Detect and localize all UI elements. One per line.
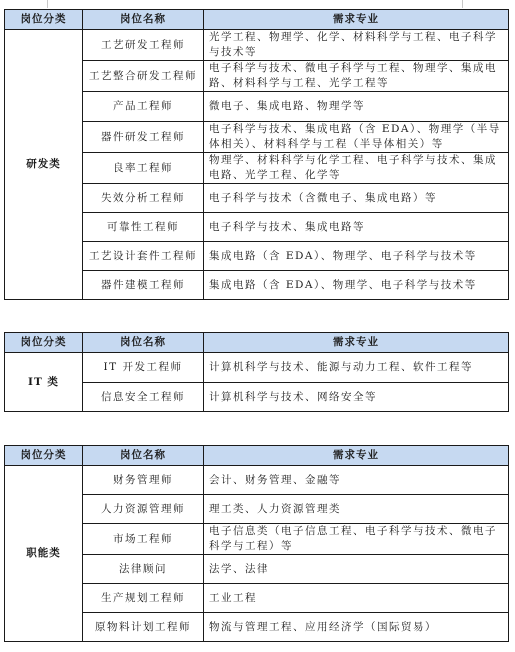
major-cell: 计算机科学与技术、能源与动力工程、软件工程等	[204, 353, 509, 383]
table-row: 职能类 财务管理师 会计、财务管理、金融等	[5, 466, 509, 495]
position-cell: 器件研发工程师	[83, 122, 204, 153]
major-cell: 电子科学与技术（含微电子、集成电路）等	[204, 184, 509, 213]
position-cell: 产品工程师	[83, 92, 204, 122]
major-cell: 会计、财务管理、金融等	[204, 466, 509, 495]
major-cell: 集成电路（含 EDA）、物理学、电子科学与技术等	[204, 242, 509, 271]
table-header-row: 岗位分类 岗位名称 需求专业	[5, 10, 509, 30]
header-position: 岗位名称	[83, 446, 204, 466]
major-cell: 物流与管理工程、应用经济学（国际贸易）	[204, 613, 509, 642]
major-cell: 电子科学与技术、集成电路等	[204, 213, 509, 242]
position-cell: 工艺研发工程师	[83, 30, 204, 61]
category-cell: IT 类	[5, 353, 83, 412]
major-cell: 计算机科学与技术、网络安全等	[204, 383, 509, 412]
table-header-row: 岗位分类 岗位名称 需求专业	[5, 446, 509, 466]
major-cell: 微电子、集成电路、物理学等	[204, 92, 509, 122]
major-cell: 法学、法律	[204, 555, 509, 584]
header-major: 需求专业	[204, 446, 509, 466]
position-cell: IT 开发工程师	[83, 353, 204, 383]
position-cell: 财务管理师	[83, 466, 204, 495]
position-cell: 法律顾问	[83, 555, 204, 584]
header-major: 需求专业	[204, 333, 509, 353]
category-cell: 职能类	[5, 466, 83, 642]
header-category: 岗位分类	[5, 333, 83, 353]
major-cell: 电子信息类（电子信息工程、电子科学与技术、微电子科学与工程）等	[204, 524, 509, 555]
position-cell: 失效分析工程师	[83, 184, 204, 213]
major-cell: 物理学、材料科学与化学工程、电子科学与技术、集成电路、光学工程、化学等	[204, 153, 509, 184]
header-position: 岗位名称	[83, 10, 204, 30]
margin-mark-right	[462, 0, 463, 8]
major-cell: 工业工程	[204, 584, 509, 613]
table-row: IT 类 IT 开发工程师 计算机科学与技术、能源与动力工程、软件工程等	[5, 353, 509, 383]
header-category: 岗位分类	[5, 10, 83, 30]
major-cell: 光学工程、物理学、化学、材料科学与工程、电子科学与技术等	[204, 30, 509, 61]
rd-jobs-table: 岗位分类 岗位名称 需求专业 研发类 工艺研发工程师 光学工程、物理学、化学、材…	[4, 9, 509, 300]
it-jobs-table: 岗位分类 岗位名称 需求专业 IT 类 IT 开发工程师 计算机科学与技术、能源…	[4, 332, 509, 412]
position-cell: 工艺设计套件工程师	[83, 242, 204, 271]
position-cell: 器件建模工程师	[83, 271, 204, 300]
position-cell: 人力资源管理师	[83, 495, 204, 524]
table-row: 研发类 工艺研发工程师 光学工程、物理学、化学、材料科学与工程、电子科学与技术等	[5, 30, 509, 61]
position-cell: 市场工程师	[83, 524, 204, 555]
major-cell: 集成电路（含 EDA）、物理学、电子科学与技术等	[204, 271, 509, 300]
major-cell: 理工类、人力资源管理类	[204, 495, 509, 524]
header-category: 岗位分类	[5, 446, 83, 466]
position-cell: 工艺整合研发工程师	[83, 61, 204, 92]
position-cell: 原物料计划工程师	[83, 613, 204, 642]
major-cell: 电子科学与技术、集成电路（含 EDA）、物理学（半导体相关）、材料科学与工程（半…	[204, 122, 509, 153]
header-position: 岗位名称	[83, 333, 204, 353]
position-cell: 信息安全工程师	[83, 383, 204, 412]
category-cell: 研发类	[5, 30, 83, 300]
position-cell: 生产规划工程师	[83, 584, 204, 613]
header-major: 需求专业	[204, 10, 509, 30]
position-cell: 良率工程师	[83, 153, 204, 184]
functional-jobs-table: 岗位分类 岗位名称 需求专业 职能类 财务管理师 会计、财务管理、金融等 人力资…	[4, 445, 509, 642]
table-header-row: 岗位分类 岗位名称 需求专业	[5, 333, 509, 353]
margin-mark-left	[47, 0, 48, 8]
major-cell: 电子科学与技术、微电子科学与工程、物理学、集成电路、材料科学与工程、光学工程等	[204, 61, 509, 92]
position-cell: 可靠性工程师	[83, 213, 204, 242]
